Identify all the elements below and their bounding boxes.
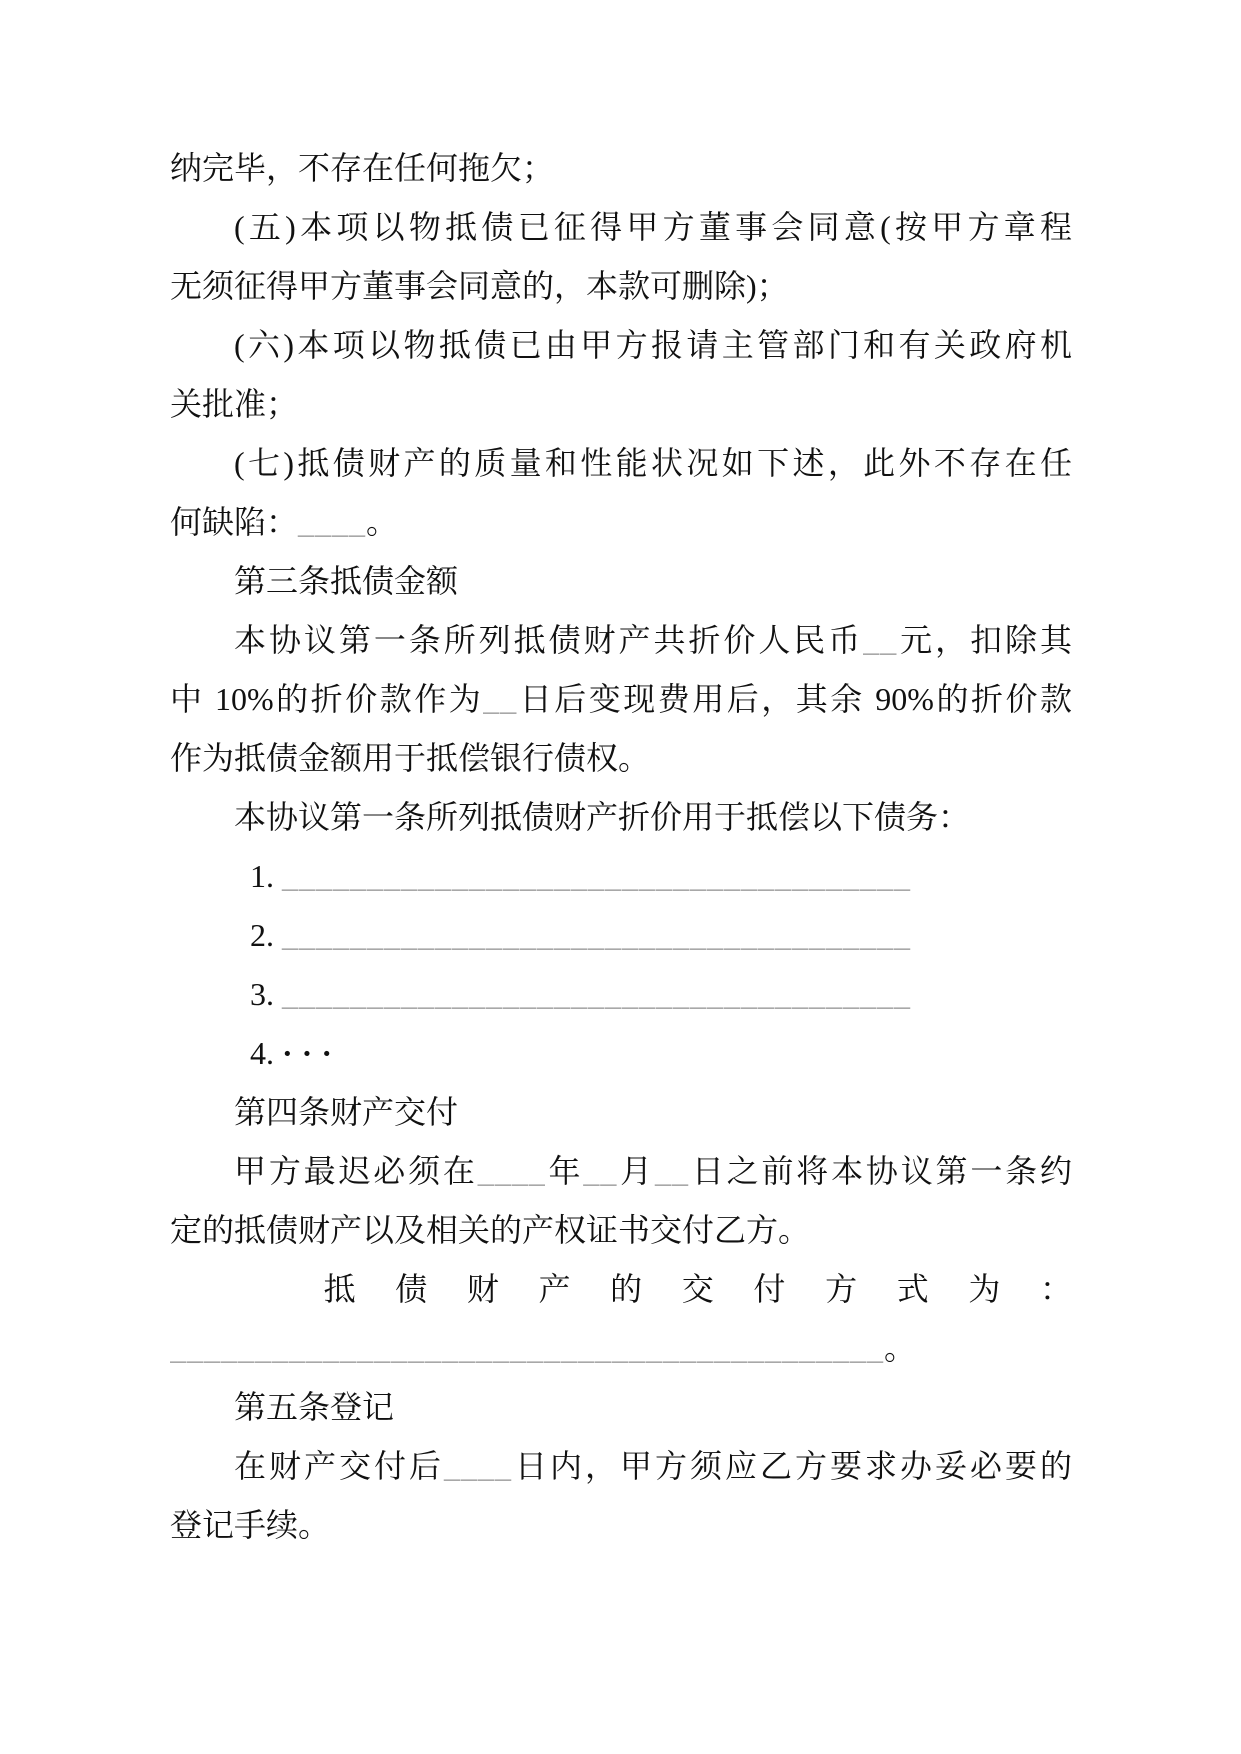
document-line: 在财产交付后____日内，甲方须应乙方要求办妥必要的 — [170, 1437, 1072, 1496]
text-run: 日之前将本协议第一条约 — [689, 1153, 1072, 1189]
document-line: 何缺陷：____。 — [170, 493, 1072, 552]
document-line: 作为抵债金额用于抵偿银行债权。 — [170, 729, 1072, 788]
text-run: 登记手续。 — [170, 1507, 330, 1543]
text-run: 第三条抵债金额 — [234, 563, 458, 599]
blank-field: __ — [655, 1153, 689, 1189]
document-line: 定的抵债财产以及相关的产权证书交付乙方。 — [170, 1201, 1072, 1260]
blank-field: _____________________________________ — [282, 917, 911, 953]
text-run: 2. — [250, 917, 282, 953]
document-line: ________________________________________… — [170, 1319, 1072, 1378]
blank-field: ____ — [478, 1153, 546, 1189]
document-page: 纳完毕，不存在任何拖欠；(五)本项以物抵债已征得甲方董事会同意(按甲方章程无须征… — [0, 0, 1241, 1754]
blank-field: _____________________________________ — [282, 858, 911, 894]
text-run: 无须征得甲方董事会同意的，本款可删除)； — [170, 268, 789, 304]
blank-field: ____ — [298, 504, 366, 540]
document-line: 纳完毕，不存在任何拖欠； — [170, 139, 1072, 198]
document-line: 抵 债 财 产 的 交 付 方 式 为 ： — [170, 1260, 1072, 1319]
document-line: 2. _____________________________________ — [170, 906, 1072, 965]
document-line: 第四条财产交付 — [170, 1083, 1072, 1142]
document-line: 本协议第一条所列抵债财产共折价人民币__元，扣除其 — [170, 611, 1072, 670]
blank-field: __ — [583, 1153, 617, 1189]
text-run: 甲方最迟必须在 — [234, 1153, 478, 1189]
document-line: (七)抵债财产的质量和性能状况如下述，此外不存在任 — [170, 434, 1072, 493]
text-run: 中 10%的折价款作为 — [170, 681, 483, 717]
document-line: 甲方最迟必须在____年__月__日之前将本协议第一条约 — [170, 1142, 1072, 1201]
document-line: 本协议第一条所列抵债财产折价用于抵偿以下债务： — [170, 788, 1072, 847]
document-line: 3. _____________________________________ — [170, 965, 1072, 1024]
document-line: 中 10%的折价款作为__日后变现费用后，其余 90%的折价款 — [170, 670, 1072, 729]
blank-field: ____ — [444, 1448, 512, 1484]
document-line: 第五条登记 — [170, 1378, 1072, 1437]
document-line: (五)本项以物抵债已征得甲方董事会同意(按甲方章程 — [170, 198, 1072, 257]
text-run: (七)抵债财产的质量和性能状况如下述，此外不存在任 — [234, 445, 1072, 481]
text-run: 本协议第一条所列抵债财产折价用于抵偿以下债务： — [234, 799, 970, 835]
text-run: 抵 债 财 产 的 交 付 方 式 为 ： — [324, 1271, 1072, 1307]
text-run: 年 — [546, 1153, 584, 1189]
document-body: 纳完毕，不存在任何拖欠；(五)本项以物抵债已征得甲方董事会同意(按甲方章程无须征… — [170, 139, 1072, 1555]
ellipsis-dots: ··· — [282, 1035, 341, 1071]
text-run: 本协议第一条所列抵债财产共折价人民币 — [234, 622, 863, 658]
text-run: 。 — [884, 1330, 916, 1366]
document-line: 第三条抵债金额 — [170, 552, 1072, 611]
text-run: 1. — [250, 858, 282, 894]
document-line: 关批准； — [170, 375, 1072, 434]
text-run: 在财产交付后 — [234, 1448, 444, 1484]
blank-field: _____________________________________ — [282, 976, 911, 1012]
text-run: 作为抵债金额用于抵偿银行债权。 — [170, 740, 650, 776]
blank-field: __ — [483, 681, 517, 717]
document-line: 1. _____________________________________ — [170, 847, 1072, 906]
text-run: 3. — [250, 976, 282, 1012]
text-run: 定的抵债财产以及相关的产权证书交付乙方。 — [170, 1212, 810, 1248]
text-run: 月 — [617, 1153, 655, 1189]
document-line: (六)本项以物抵债已由甲方报请主管部门和有关政府机 — [170, 316, 1072, 375]
text-run: 日后变现费用后，其余 90%的折价款 — [517, 681, 1072, 717]
blank-field: __ — [863, 622, 897, 658]
blank-field: ________________________________________… — [170, 1330, 884, 1366]
text-run: 元，扣除其 — [897, 622, 1072, 658]
text-run: 纳完毕，不存在任何拖欠； — [170, 150, 554, 186]
document-line: 登记手续。 — [170, 1496, 1072, 1555]
text-run: (五)本项以物抵债已征得甲方董事会同意(按甲方章程 — [234, 209, 1072, 245]
text-run: (六)本项以物抵债已由甲方报请主管部门和有关政府机 — [234, 327, 1072, 363]
text-run: 。 — [366, 504, 398, 540]
text-run: 关批准； — [170, 386, 298, 422]
text-run: 第五条登记 — [234, 1389, 394, 1425]
document-line: 4. ··· — [170, 1024, 1072, 1083]
text-run: 日内，甲方须应乙方要求办妥必要的 — [512, 1448, 1072, 1484]
text-run: 第四条财产交付 — [234, 1094, 458, 1130]
document-line: 无须征得甲方董事会同意的，本款可删除)； — [170, 257, 1072, 316]
text-run: 何缺陷： — [170, 504, 298, 540]
text-run: 4. — [250, 1035, 282, 1071]
